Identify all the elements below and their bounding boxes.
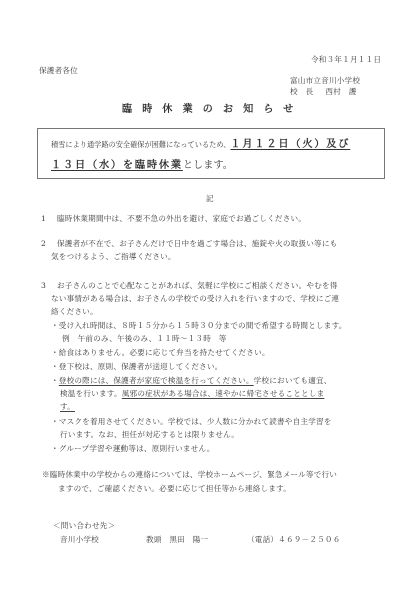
list-item-2: 2保護者が不在で、お子さんだけで日中を過ごす場合は、施錠や火の取扱い等にも	[41, 239, 337, 249]
contact-heading: ＜問い合わせ先＞	[53, 521, 115, 531]
list-item-3-continued: 絡ください。	[51, 307, 98, 317]
plain-text: 学校においても適宜、	[254, 376, 332, 385]
list-item-3-continued: ない事情がある場合は、お子さんの学校での受け入れを行いますので、学校にご連	[51, 294, 339, 304]
ki-heading: 記	[206, 194, 214, 204]
issue-date: 令和３年１月１１日	[311, 55, 381, 65]
list-number: 1	[41, 214, 57, 224]
list-item-3: 3お子さんのことで心配なことがあれば、気軽に学校にご相談ください。やむを得	[41, 281, 338, 291]
announcement-suffix: とします。	[183, 160, 233, 171]
bullet-mark: ・	[51, 376, 59, 385]
announcement-box: 積雪により通学路の安全確保が困難になっているため、１月１２日（火）及び １３日（…	[37, 128, 385, 179]
plain-text: 検温を行います。	[60, 389, 122, 398]
list-text: 保護者が不在で、お子さんだけで日中を過ごす場合は、施錠や火の取扱い等にも	[57, 239, 337, 248]
list-item-1: 1臨時休業期間中は、不要不急の外出を避け、家庭でお過ごしください。	[41, 214, 306, 224]
bullet-temperature-check: ・登校の際には、保護者が家庭で検温を行ってください。学校においても適宜、	[51, 376, 332, 386]
contact-phone: （電話）４６９－２５０６	[247, 535, 341, 545]
principal-title: 校 長	[290, 87, 313, 97]
contact-school: 音川小学校	[60, 535, 99, 545]
bullet-group-activities: ・グループ学習や運動等は、原則行いません。	[51, 444, 215, 454]
bullet-mask: ・マスクを着用させてください。学校では、少人数に分かれて読書や自主学習を	[51, 417, 332, 427]
bullet-commute: ・登下校は、原則、保護者が送迎してください。	[51, 362, 222, 372]
list-text: 臨時休業期間中は、不要不急の外出を避け、家庭でお過ごしください。	[57, 214, 306, 223]
contact-person: 教頭 黒田 陽一	[146, 535, 208, 545]
contact-note: ※臨時休業中の学校からの連絡については、学校ホームページ、緊急メール等で行い	[42, 470, 337, 480]
closure-dates-part2: １３日（水）を臨時休業	[51, 159, 183, 171]
announcement-reason: 積雪により通学路の安全確保が困難になっているため、	[51, 140, 230, 149]
closure-dates-part1: １月１２日（火）及び	[230, 138, 350, 150]
list-text: お子さんのことで心配なことがあれば、気軽に学校にご相談ください。やむを得	[57, 281, 338, 290]
underlined-instruction: 登校の際には、保護者が家庭で検温を行ってください。	[59, 376, 254, 385]
bullet-acceptance-hours: ・受け入れ時間は、８時１５分から１５時３０分までの間で希望する時間とします。	[51, 321, 347, 331]
announcement-line-1: 積雪により通学路の安全確保が困難になっているため、１月１２日（火）及び	[51, 139, 350, 150]
underlined-instruction: 風邪の症状がある場合は、速やかに帰宅させることとしま	[122, 389, 325, 398]
principal-name: 西村 護	[325, 87, 356, 97]
bullet-temperature-check-continued: 検温を行います。風邪の症状がある場合は、速やかに帰宅させることとしま	[60, 389, 324, 399]
underlined-instruction: す。	[60, 402, 75, 411]
addressee: 保護者各位	[39, 66, 78, 76]
list-item-2-continued: 気をつけるよう、ご指導ください。	[51, 252, 176, 262]
school-name: 富山市立音川小学校	[290, 76, 360, 86]
list-number: 3	[41, 281, 57, 291]
list-number: 2	[41, 239, 57, 249]
bullet-acceptance-example: 例 午前のみ、午後のみ、１１時～１３時 等	[62, 334, 227, 344]
bullet-mask-continued: 行います。なお、担任が対応するとは限りません。	[60, 430, 239, 440]
contact-note-continued: ますので、ご確認ください。必要に応じて担任等から連絡します。	[58, 484, 291, 494]
announcement-line-2: １３日（水）を臨時休業とします。	[51, 159, 233, 172]
bullet-lunch: ・給食はありません。必要に応じて弁当を持たせてください。	[51, 348, 270, 358]
document-title: 臨時休業のお知らせ	[122, 104, 298, 116]
bullet-temperature-check-continued: す。	[60, 402, 75, 412]
principal-signature: 校 長西村 護	[290, 87, 357, 97]
